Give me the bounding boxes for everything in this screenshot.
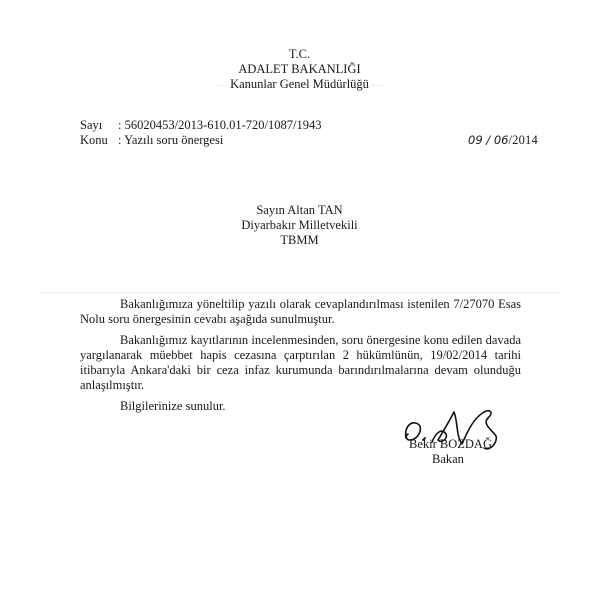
signer-name: Bekir BOZDAĞ	[409, 437, 492, 452]
reference-number-row: Sayı : 56020453/2013-610.01-720/1087/194…	[80, 118, 321, 133]
header-ministry: ADALET BAKANLIĞI	[0, 62, 599, 77]
reference-number-value: : 56020453/2013-610.01-720/1087/1943	[118, 118, 321, 133]
header-department: Kanunlar Genel Müdürlüğü	[0, 77, 599, 92]
letterhead: T.C. ADALET BAKANLIĞI Kanunlar Genel Müd…	[0, 47, 599, 92]
recipient-name: Sayın Altan TAN	[0, 203, 599, 218]
scan-artifact	[40, 292, 560, 293]
recipient-block: Sayın Altan TAN Diyarbakır Milletvekili …	[0, 203, 599, 248]
header-country: T.C.	[0, 47, 599, 62]
subject-row: Konu : Yazılı soru önergesi	[80, 133, 321, 148]
subject-label: Konu	[80, 133, 118, 148]
body-paragraph: Bakanlığımız kayıtlarının incelenmesinde…	[80, 333, 521, 393]
handwritten-day-month: 09 / 06	[468, 133, 508, 147]
subject-value: : Yazılı soru önergesi	[118, 133, 223, 148]
body-paragraph: Bakanlığımıza yöneltilip yazılı olarak c…	[80, 297, 521, 327]
recipient-institution: TBMM	[0, 233, 599, 248]
signature-block: Bekir BOZDAĞ Bakan	[380, 400, 530, 470]
reference-number-label: Sayı	[80, 118, 118, 133]
signer-title: Bakan	[432, 452, 464, 467]
recipient-title: Diyarbakır Milletvekili	[0, 218, 599, 233]
reference-block: Sayı : 56020453/2013-610.01-720/1087/194…	[80, 118, 321, 148]
date-year: /2014	[508, 133, 537, 147]
document-page: T.C. ADALET BAKANLIĞI Kanunlar Genel Müd…	[0, 0, 599, 609]
document-date: 09 / 06/2014	[468, 133, 538, 148]
